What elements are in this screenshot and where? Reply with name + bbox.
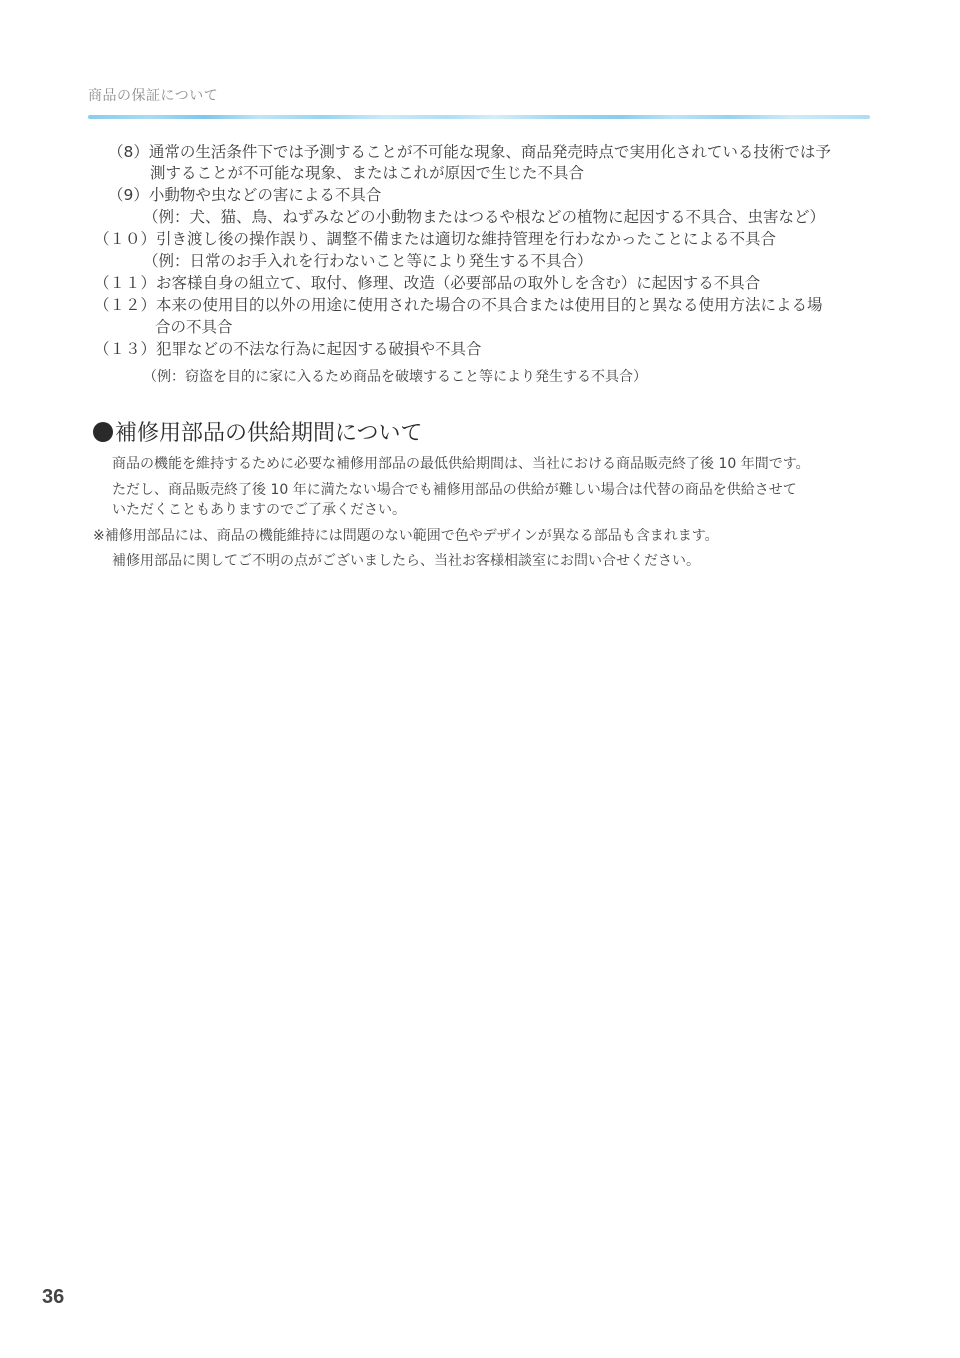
parts-contact-text: 補修用部品に関してご不明の点がございましたら、当社お客様相談室にお問い合せくださ… (112, 551, 700, 571)
parts-supply-period-text: 商品の機能を維持するために必要な補修用部品の最低供給期間は、当社における商品販売… (112, 454, 810, 474)
page-header-title: 商品の保証について (88, 85, 218, 105)
exclusion-item-11: （１１）お客様自身の組立て、取付、修理、改造（必要部品の取外しを含む）に起因する… (94, 273, 760, 293)
exclusion-item-13: （１３）犯罪などの不法な行為に起因する破損や不具合 (94, 339, 482, 359)
exclusion-item-9-example: （例：犬、猫、鳥、ねずみなどの小動物またはつるや根などの植物に起因する不具合、虫… (143, 207, 825, 227)
parts-substitute-text-line-2: いただくこともありますのでご了承ください。 (112, 500, 406, 520)
section-heading-text: 補修用部品の供給期間について (115, 421, 423, 446)
exclusion-item-12-line-2: 合の不具合 (155, 317, 233, 337)
exclusion-item-10: （１０）引き渡し後の操作誤り、調整不備または適切な維持管理を行わなかったことによ… (94, 229, 776, 249)
exclusion-item-12-line-1: （１２）本来の使用目的以外の用途に使用された場合の不具合または使用目的と異なる使… (94, 295, 823, 315)
exclusion-item-13-example: （例：窃盗を目的に家に入るため商品を破壊すること等により発生する不具合） (143, 367, 647, 387)
bullet-icon (93, 422, 113, 442)
section-heading-parts-supply: 補修用部品の供給期間について (93, 420, 423, 448)
header-divider (88, 115, 870, 119)
exclusion-item-9: （9）小動物や虫などの害による不具合 (108, 185, 381, 205)
exclusion-item-10-example: （例：日常のお手入れを行わないこと等により発生する不具合） (143, 251, 593, 271)
exclusion-item-8-line-2: 測することが不可能な現象、またはこれが原因で生じた不具合 (150, 163, 584, 183)
parts-note: ※補修用部品には、商品の機能維持には問題のない範囲で色やデザインが異なる部品も含… (93, 526, 719, 546)
parts-substitute-text-line-1: ただし、商品販売終了後 10 年に満たない場合でも補修用部品の供給が難しい場合は… (112, 480, 797, 500)
page-number: 36 (42, 1286, 64, 1309)
exclusion-item-8-line-1: （8）通常の生活条件下では予測することが不可能な現象、商品発売時点で実用化されて… (108, 142, 831, 162)
